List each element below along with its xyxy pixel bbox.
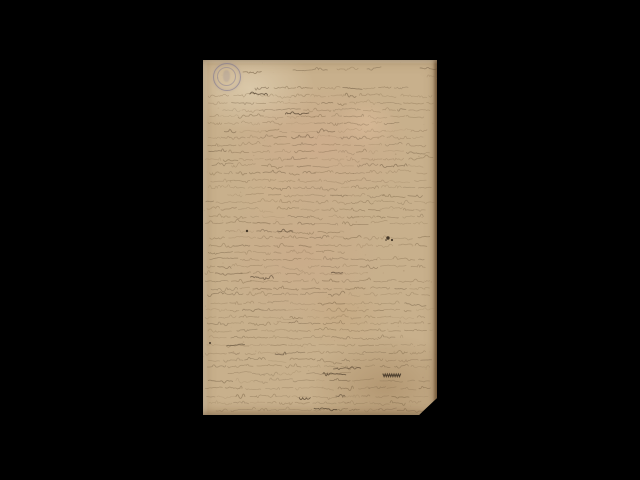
postmark-seal-emblem [223, 70, 230, 82]
postmark-seal-icon [213, 63, 241, 91]
handwriting-ink-layer [203, 60, 437, 415]
manuscript-page [203, 60, 437, 415]
scan-viewer-canvas [0, 0, 640, 480]
